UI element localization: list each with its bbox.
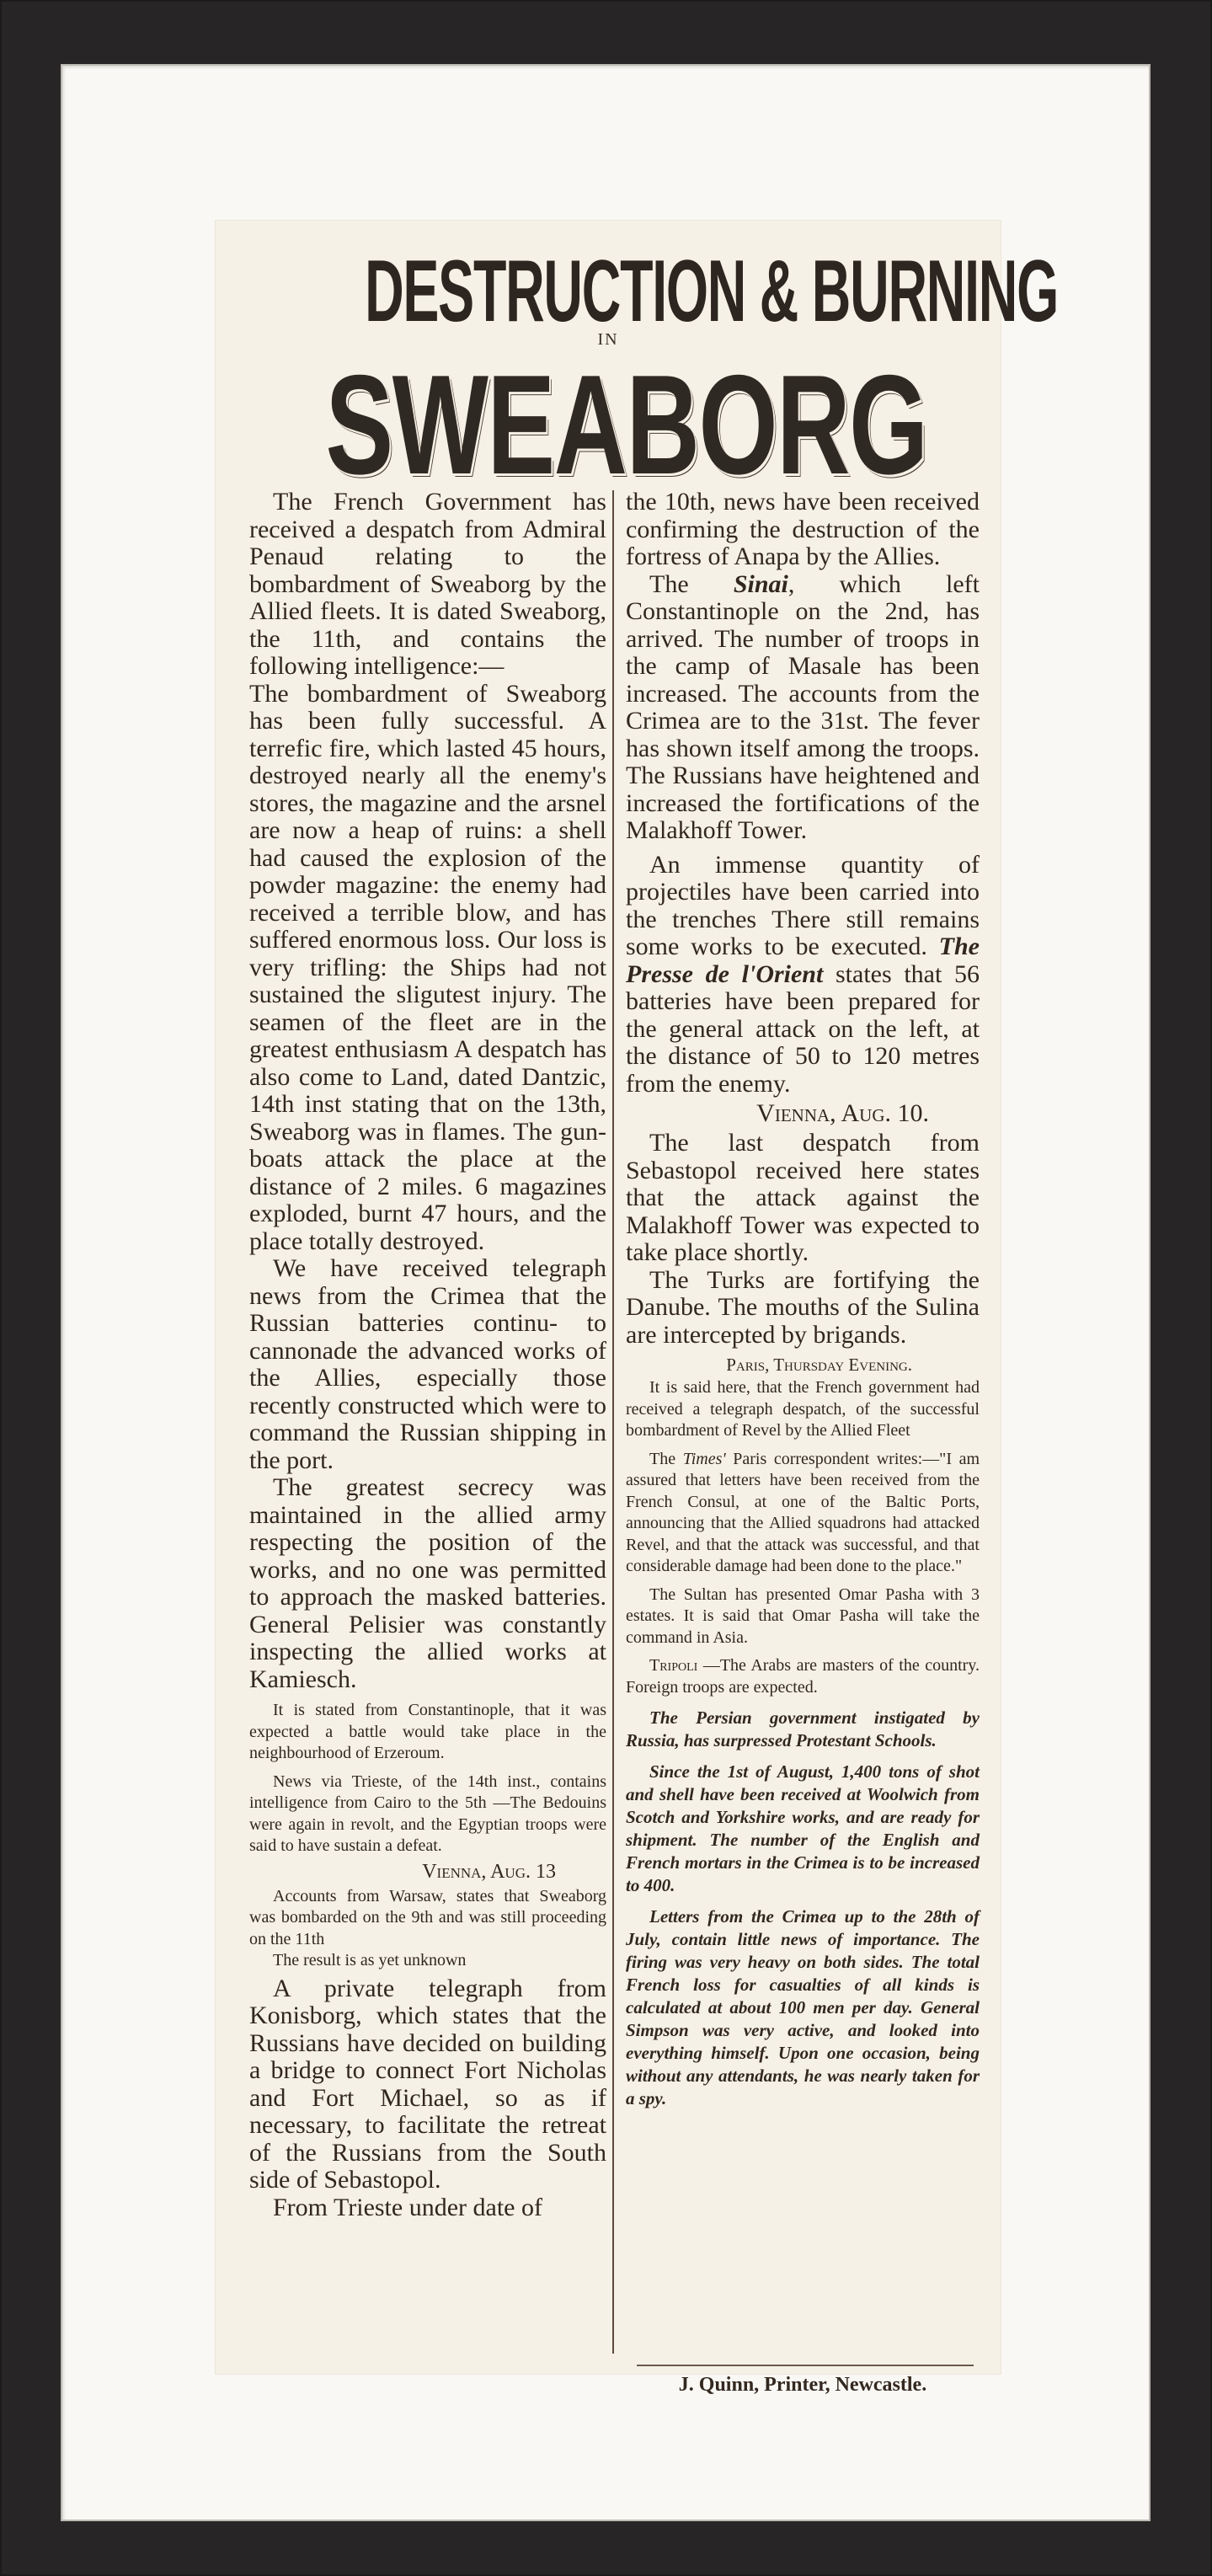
ship-name-sinai: Sinai bbox=[734, 570, 788, 598]
dateline-vienna-aug-10: Vienna, Aug. 10. bbox=[626, 1099, 980, 1128]
paragraph-bombardment-successful: The bombardment of Sweaborg has been ful… bbox=[249, 681, 606, 1256]
headline-destruction-burning: DESTRUCTION & BURNING bbox=[365, 248, 852, 335]
paragraph-from-trieste: From Trieste under date of bbox=[249, 2194, 606, 2222]
paragraph-letters-crimea: Letters from the Crimea up to the 28th o… bbox=[626, 1905, 980, 2110]
printer-imprint: J. Quinn, Printer, Newcastle. bbox=[626, 2374, 980, 2397]
imprint-rule bbox=[637, 2365, 974, 2366]
paragraph-times-correspondent: The Times' Paris correspondent writes:—"… bbox=[626, 1449, 980, 1578]
paragraph-result-unknown: The result is as yet unknown bbox=[249, 1950, 606, 1972]
paragraph-revel-bombardment: It is said here, that the French governm… bbox=[626, 1377, 980, 1442]
paragraph-woolwich-shot: Since the 1st of August, 1,400 tons of s… bbox=[626, 1761, 980, 1897]
paragraph-trieste-news: News via Trieste, of the 14th inst., con… bbox=[249, 1772, 606, 1857]
dateline-paris-thursday: Paris, Thursday Evening. bbox=[626, 1354, 980, 1376]
paragraph-turks-danube: The Turks are fortifying the Danube. The… bbox=[626, 1267, 980, 1349]
newspaper-times: Times' bbox=[683, 1450, 726, 1468]
paragraph-warsaw: Accounts from Warsaw, states that Sweabo… bbox=[249, 1886, 606, 1951]
paragraph-konisborg: A private telegraph from Konisborg, whic… bbox=[249, 1975, 606, 2194]
paragraph-french-government: The French Government has received a des… bbox=[249, 489, 606, 681]
broadside-paper: DESTRUCTION & BURNING IN SWEABORG The Fr… bbox=[216, 221, 1001, 2374]
right-column: the 10th, news have been received confir… bbox=[626, 489, 980, 2110]
text-span: , which left Constantinople on the 2nd, … bbox=[626, 570, 980, 845]
text-span: The bbox=[649, 1450, 683, 1468]
left-column: The French Government has received a des… bbox=[249, 489, 606, 2221]
paragraph-anapa: the 10th, news have been received confir… bbox=[626, 489, 980, 571]
place-tripoli: Tripoli bbox=[649, 1656, 697, 1675]
dateline-vienna-aug-13: Vienna, Aug. 13 bbox=[249, 1859, 606, 1884]
paragraph-persian-government: The Persian government instigated by Rus… bbox=[626, 1707, 980, 1752]
paragraph-constantinople: It is stated from Constantinople, that i… bbox=[249, 1700, 606, 1765]
headline-sweaborg: SWEABORG bbox=[325, 354, 890, 495]
text-span: The bbox=[649, 570, 734, 598]
paragraph-sultan-omar-pasha: The Sultan has presented Omar Pasha with… bbox=[626, 1585, 980, 1649]
paragraph-projectiles: An immense quantity of projectiles have … bbox=[626, 852, 980, 1098]
paragraph-last-despatch: The last despatch from Sebastopol receiv… bbox=[626, 1130, 980, 1267]
text-span: An immense quantity of projectiles have … bbox=[626, 851, 980, 961]
paragraph-tripoli: Tripoli —The Arabs are masters of the co… bbox=[626, 1655, 980, 1698]
paragraph-sinai: The Sinai, which left Constantinople on … bbox=[626, 571, 980, 845]
paragraph-secrecy: The greatest secrecy was maintained in t… bbox=[249, 1474, 606, 1693]
paragraph-telegraph-crimea: We have received telegraph news from the… bbox=[249, 1255, 606, 1474]
column-divider bbox=[612, 490, 614, 2354]
